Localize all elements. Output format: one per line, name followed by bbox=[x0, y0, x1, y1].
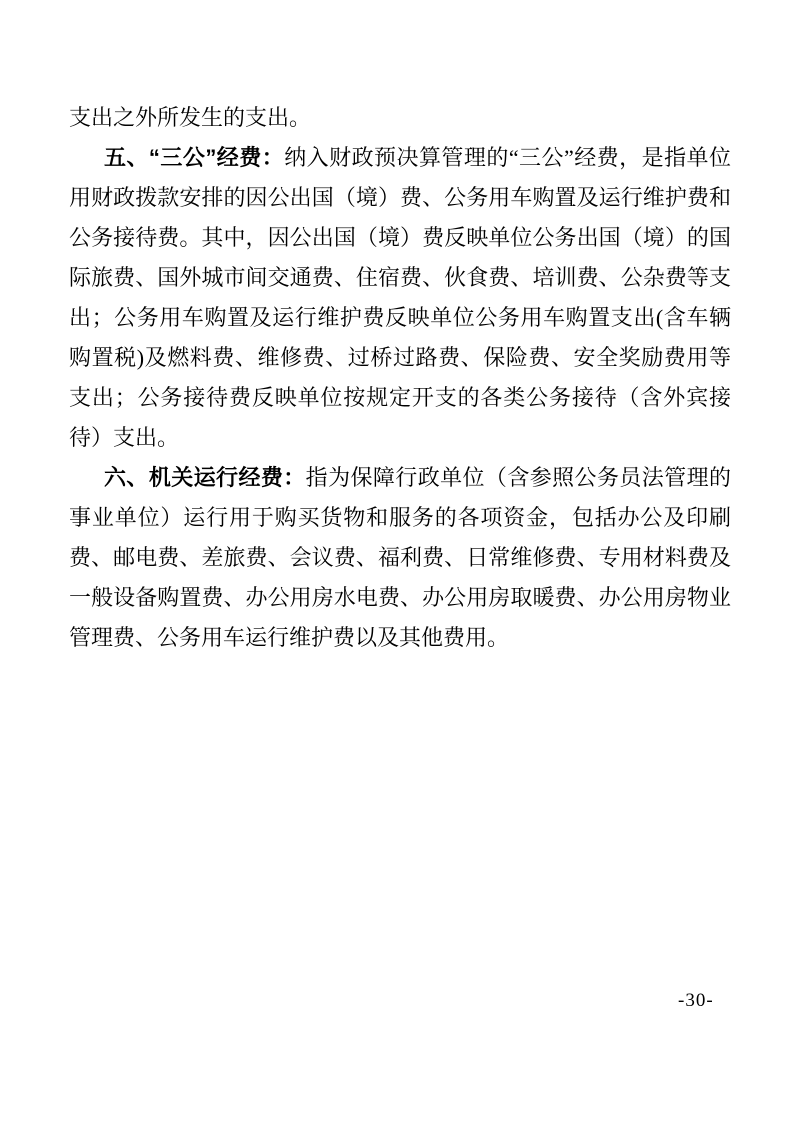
paragraph-text: 支出之外所发生的支出。 bbox=[69, 105, 311, 130]
paragraph-continuation: 支出之外所发生的支出。 bbox=[69, 98, 731, 138]
document-page: 支出之外所发生的支出。 五、“三公”经费：纳入财政预决算管理的“三公”经费，是指… bbox=[0, 0, 793, 1122]
paragraph-lead-bold: 六、机关运行经费： bbox=[104, 465, 306, 490]
paragraph-sangong-expenses: 五、“三公”经费：纳入财政预决算管理的“三公”经费，是指单位用财政拨款安排的因公… bbox=[69, 138, 731, 458]
page-number: -30- bbox=[678, 990, 714, 1012]
document-body: 支出之外所发生的支出。 五、“三公”经费：纳入财政预决算管理的“三公”经费，是指… bbox=[69, 98, 731, 658]
paragraph-text: 指为保障行政单位（含参照公务员法管理的事业单位）运行用于购买货物和服务的各项资金… bbox=[69, 465, 731, 650]
paragraph-lead-bold: 五、“三公”经费： bbox=[104, 145, 284, 170]
paragraph-text: 纳入财政预决算管理的“三公”经费，是指单位用财政拨款安排的因公出国（境）费、公务… bbox=[69, 145, 731, 450]
paragraph-agency-operating-expenses: 六、机关运行经费：指为保障行政单位（含参照公务员法管理的事业单位）运行用于购买货… bbox=[69, 458, 731, 658]
